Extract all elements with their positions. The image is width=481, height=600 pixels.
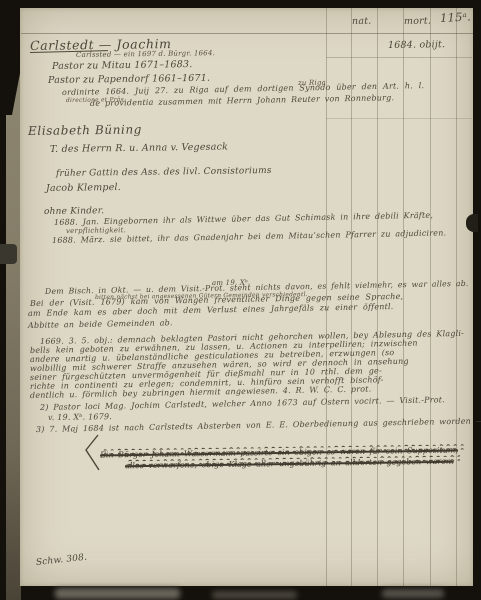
page-number: 115ᵃ.	[440, 9, 472, 25]
paper-edge-tear	[466, 214, 478, 232]
widow-note-carryover: verpflichtigkeit.	[66, 226, 126, 235]
office-papendorf: Pastor zu Papendorf 1661–1671.	[48, 73, 210, 86]
row-rule	[326, 57, 472, 58]
page-stack-blur	[382, 589, 444, 598]
entry-title-buening: Elisabeth Büning	[28, 122, 142, 138]
column-rule	[430, 8, 431, 586]
scanned-register-page: nat. mort. 115ᵃ. Carlstedt — Joachim 168…	[0, 0, 481, 600]
column-header-mort: mort.	[404, 16, 431, 27]
column-header-nat: nat.	[352, 16, 372, 27]
pastor-note-line2: v. 19. Xᵇ. 1679.	[48, 412, 112, 422]
margin-bracket	[84, 434, 100, 472]
obit-date: 1684. obijt.	[388, 39, 445, 51]
header-rule	[21, 33, 473, 34]
page-stack-blur	[212, 591, 297, 599]
buening-previous-husband: Jacob Klempel.	[46, 182, 121, 194]
binding-tab	[0, 244, 17, 264]
page-stack-blur	[55, 588, 180, 599]
row-rule	[326, 118, 472, 119]
column-rule	[456, 8, 457, 586]
children-note: ohne Kinder.	[44, 206, 104, 217]
struck-text: alles verworfene, obige Klage aller unge…	[125, 457, 454, 471]
office-mitau: Pastor zu Mitau 1671–1683.	[52, 59, 193, 72]
